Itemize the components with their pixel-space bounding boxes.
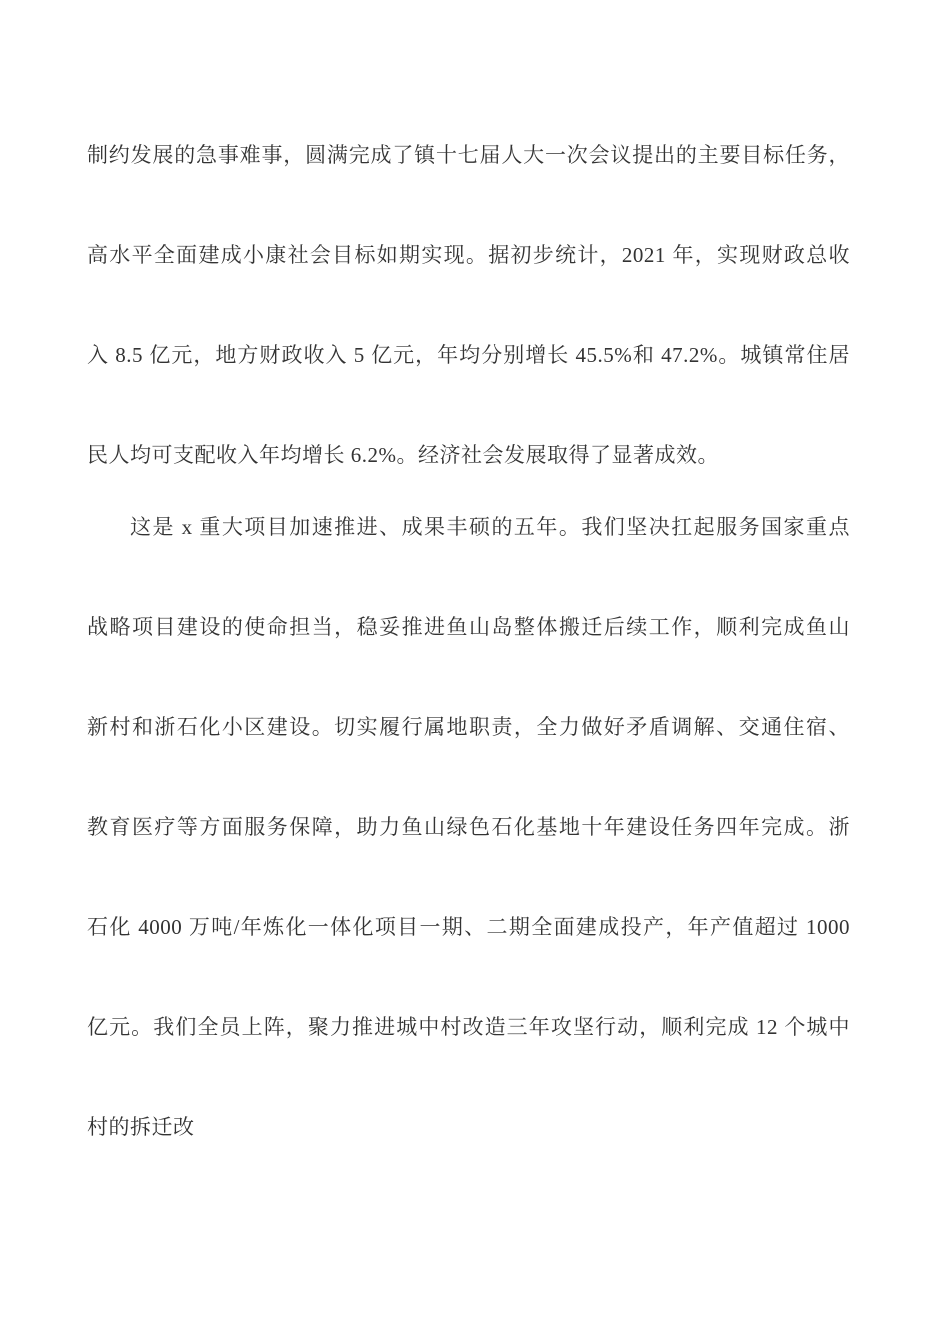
text-line: 村的拆迁改 bbox=[87, 1077, 850, 1177]
text-line: 亿元。我们全员上阵，聚力推进城中村改造三年攻坚行动，顺利完成 12 个城中 bbox=[87, 977, 850, 1077]
text-line: 制约发展的急事难事，圆满完成了镇十七届人大一次会议提出的主要目标任务， bbox=[87, 105, 850, 205]
document-page: 制约发展的急事难事，圆满完成了镇十七届人大一次会议提出的主要目标任务， 高水平全… bbox=[0, 0, 950, 1344]
text-line: 这是 x 重大项目加速推进、成果丰硕的五年。我们坚决扛起服务国家重点 bbox=[87, 477, 850, 577]
paragraph-2: 这是 x 重大项目加速推进、成果丰硕的五年。我们坚决扛起服务国家重点 战略项目建… bbox=[87, 477, 850, 1177]
text-line: 新村和浙石化小区建设。切实履行属地职责，全力做好矛盾调解、交通住宿、 bbox=[87, 677, 850, 777]
paragraph-1: 制约发展的急事难事，圆满完成了镇十七届人大一次会议提出的主要目标任务， 高水平全… bbox=[87, 105, 850, 505]
text-line: 战略项目建设的使命担当，稳妥推进鱼山岛整体搬迁后续工作，顺利完成鱼山 bbox=[87, 577, 850, 677]
text-line: 高水平全面建成小康社会目标如期实现。据初步统计，2021 年，实现财政总收 bbox=[87, 205, 850, 305]
document-text-block: 制约发展的急事难事，圆满完成了镇十七届人大一次会议提出的主要目标任务， 高水平全… bbox=[87, 105, 850, 1177]
text-line: 入 8.5 亿元，地方财政收入 5 亿元，年均分别增长 45.5%和 47.2%… bbox=[87, 305, 850, 405]
text-line: 教育医疗等方面服务保障，助力鱼山绿色石化基地十年建设任务四年完成。浙 bbox=[87, 777, 850, 877]
text-line: 石化 4000 万吨/年炼化一体化项目一期、二期全面建成投产，年产值超过 100… bbox=[87, 877, 850, 977]
